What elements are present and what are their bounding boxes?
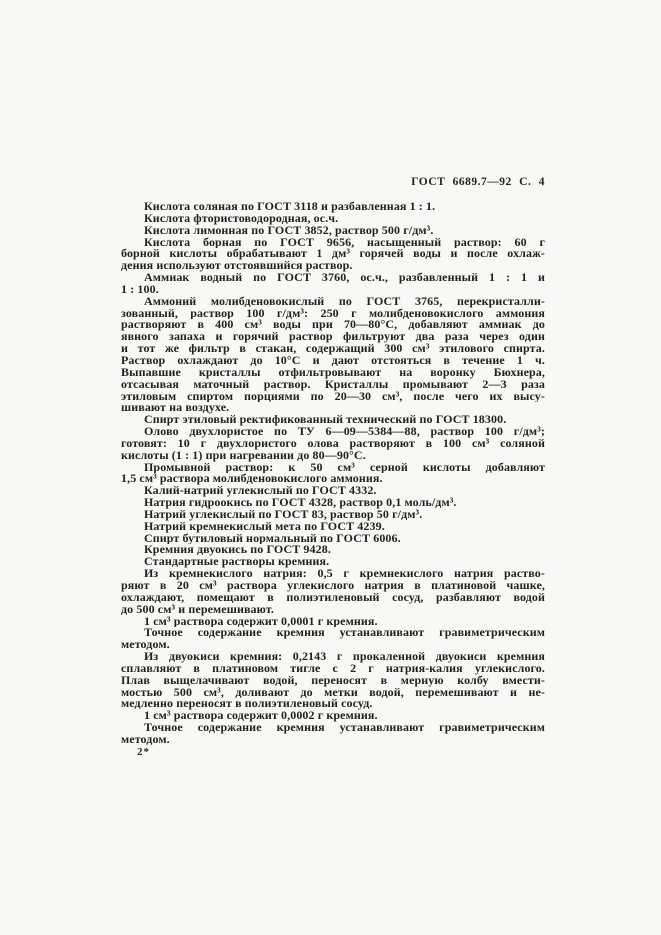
text-line: мостью 500 см³, доливают до метки водой,… bbox=[121, 687, 545, 699]
text-line: борной кислоты обрабатывают 1 дм³ горяче… bbox=[121, 248, 545, 260]
text-line: Точное содержание кремния устанавливают … bbox=[121, 722, 545, 734]
paragraph: Калий-натрий углекислый по ГОСТ 4332. bbox=[121, 485, 545, 497]
text-line: Кремния двуокись по ГОСТ 9428. bbox=[121, 544, 545, 556]
paragraph: Стандартные растворы кремния. bbox=[121, 556, 545, 568]
paragraph: Из кремнекислого натрия: 0,5 г кремнекис… bbox=[121, 568, 545, 615]
text-line: Аммоний молибденовокислый по ГОСТ 3765, … bbox=[121, 296, 545, 308]
paragraph: Промывной раствор: к 50 см³ серной кисло… bbox=[121, 462, 545, 486]
text-line: шивают на воздухе. bbox=[121, 402, 545, 414]
text-line: этиловым спиртом порциями по 20—30 см³, … bbox=[121, 391, 545, 403]
paragraph: Спирт этиловый ректификованный техническ… bbox=[121, 414, 545, 426]
text-line: Выпавшие кристаллы отфильтровывают на во… bbox=[121, 367, 545, 379]
paragraph: Натрий кремнекислый мета по ГОСТ 4239. bbox=[121, 521, 545, 533]
text-line: Олово двухлористое по ТУ 6—09—5384—88, р… bbox=[121, 426, 545, 438]
text-line: Из кремнекислого натрия: 0,5 г кремнекис… bbox=[121, 568, 545, 580]
text-line: ряют в 20 см³ раствора углекислого натри… bbox=[121, 580, 545, 592]
text-line: Из двуокиси кремния: 0,2143 г прокаленно… bbox=[121, 651, 545, 663]
text-line: 1 см³ раствора содержит 0,0002 г кремния… bbox=[121, 710, 545, 722]
paragraph: Кислота соляная по ГОСТ 3118 и разбавлен… bbox=[121, 201, 545, 213]
paragraph: Спирт бутиловый нормальный по ГОСТ 6006. bbox=[121, 533, 545, 545]
text-line: 1,5 см³ раствора молибденовокислого аммо… bbox=[121, 473, 545, 485]
text-line: зованный, раствор 100 г/дм³: 250 г молиб… bbox=[121, 308, 545, 320]
paragraph: Аммоний молибденовокислый по ГОСТ 3765, … bbox=[121, 296, 545, 414]
text-line: охлаждают, помещают в полиэтиленовый сос… bbox=[121, 592, 545, 604]
text-line: до 500 см³ и перемешивают. bbox=[121, 604, 545, 616]
running-title: ГОСТ 6689.7—92 С. 4 bbox=[411, 176, 545, 188]
text-line: Раствор охлаждают до 10°С и дают отстоят… bbox=[121, 355, 545, 367]
paragraph: Олово двухлористое по ТУ 6—09—5384—88, р… bbox=[121, 426, 545, 462]
paragraph: 1 см³ раствора содержит 0,0002 г кремния… bbox=[121, 710, 545, 722]
text-line: Кислота борная по ГОСТ 9656, насыщенный … bbox=[121, 237, 545, 249]
text-line: Спирт бутиловый нормальный по ГОСТ 6006. bbox=[121, 533, 545, 545]
text-line: Кислота соляная по ГОСТ 3118 и разбавлен… bbox=[121, 201, 545, 213]
paragraph: Кислота борная по ГОСТ 9656, насыщенный … bbox=[121, 237, 545, 273]
text-line: медленно переносят в полиэтиленовый сосу… bbox=[121, 698, 545, 710]
text-line: Промывной раствор: к 50 см³ серной кисло… bbox=[121, 462, 545, 474]
text-line: кислоты (1 : 1) при нагревании до 80—90°… bbox=[121, 450, 545, 462]
text-line: Калий-натрий углекислый по ГОСТ 4332. bbox=[121, 485, 545, 497]
paragraph: Кремния двуокись по ГОСТ 9428. bbox=[121, 544, 545, 556]
paragraph: Точное содержание кремния устанавливают … bbox=[121, 722, 545, 746]
scanned-page: ГОСТ 6689.7—92 С. 4 Кислота соляная по Г… bbox=[0, 0, 661, 935]
text-line: Натрий кремнекислый мета по ГОСТ 4239. bbox=[121, 521, 545, 533]
text-line: готовят: 10 г двухлористого олова раство… bbox=[121, 438, 545, 450]
text-line: Натрий углекислый по ГОСТ 83, раствор 50… bbox=[121, 509, 545, 521]
text-line: Стандартные растворы кремния. bbox=[121, 556, 545, 568]
paragraph: Из двуокиси кремния: 0,2143 г прокаленно… bbox=[121, 651, 545, 710]
signature-mark: 2* bbox=[137, 746, 150, 758]
text-line: растворяют в 400 см³ воды при 70—80°С, д… bbox=[121, 319, 545, 331]
paragraph: Аммиак водный по ГОСТ 3760, ос.ч., разба… bbox=[121, 272, 545, 296]
paragraph: Натрия гидроокись по ГОСТ 4328, раствор … bbox=[121, 497, 545, 509]
text-line: сплавляют в платиновом тигле с 2 г натри… bbox=[121, 663, 545, 675]
text-line: отсасывая маточный раствор. Кристаллы пр… bbox=[121, 379, 545, 391]
paragraph: Кислота фтористоводородная, ос.ч. bbox=[121, 213, 545, 225]
text-line: Спирт этиловый ректификованный техническ… bbox=[121, 414, 545, 426]
text-line: 1 : 100. bbox=[121, 284, 545, 296]
text-line: 1 см³ раствора содержит 0,0001 г кремния… bbox=[121, 616, 545, 628]
text-line: Точное содержание кремния устанавливают … bbox=[121, 627, 545, 639]
paragraph: 1 см³ раствора содержит 0,0001 г кремния… bbox=[121, 616, 545, 628]
running-header: ГОСТ 6689.7—92 С. 4 bbox=[121, 176, 545, 188]
text-line: Плав выщелачивают водой, переносят в мер… bbox=[121, 675, 545, 687]
text-line: методом. bbox=[121, 639, 545, 651]
paragraph: Точное содержание кремния устанавливают … bbox=[121, 627, 545, 651]
document-body: Кислота соляная по ГОСТ 3118 и разбавлен… bbox=[121, 201, 545, 746]
text-line: методом. bbox=[121, 734, 545, 746]
paragraph: Натрий углекислый по ГОСТ 83, раствор 50… bbox=[121, 509, 545, 521]
text-line: явного запаха и горячий раствор фильтрую… bbox=[121, 331, 545, 343]
text-line: и тот же фильтр в стакан, содержащий 300… bbox=[121, 343, 545, 355]
text-line: Кислота лимонная по ГОСТ 3852, раствор 5… bbox=[121, 225, 545, 237]
text-line: Натрия гидроокись по ГОСТ 4328, раствор … bbox=[121, 497, 545, 509]
text-line: Аммиак водный по ГОСТ 3760, ос.ч., разба… bbox=[121, 272, 545, 284]
paragraph: Кислота лимонная по ГОСТ 3852, раствор 5… bbox=[121, 225, 545, 237]
text-line: дения используют отстоявшийся раствор. bbox=[121, 260, 545, 272]
text-line: Кислота фтористоводородная, ос.ч. bbox=[121, 213, 545, 225]
